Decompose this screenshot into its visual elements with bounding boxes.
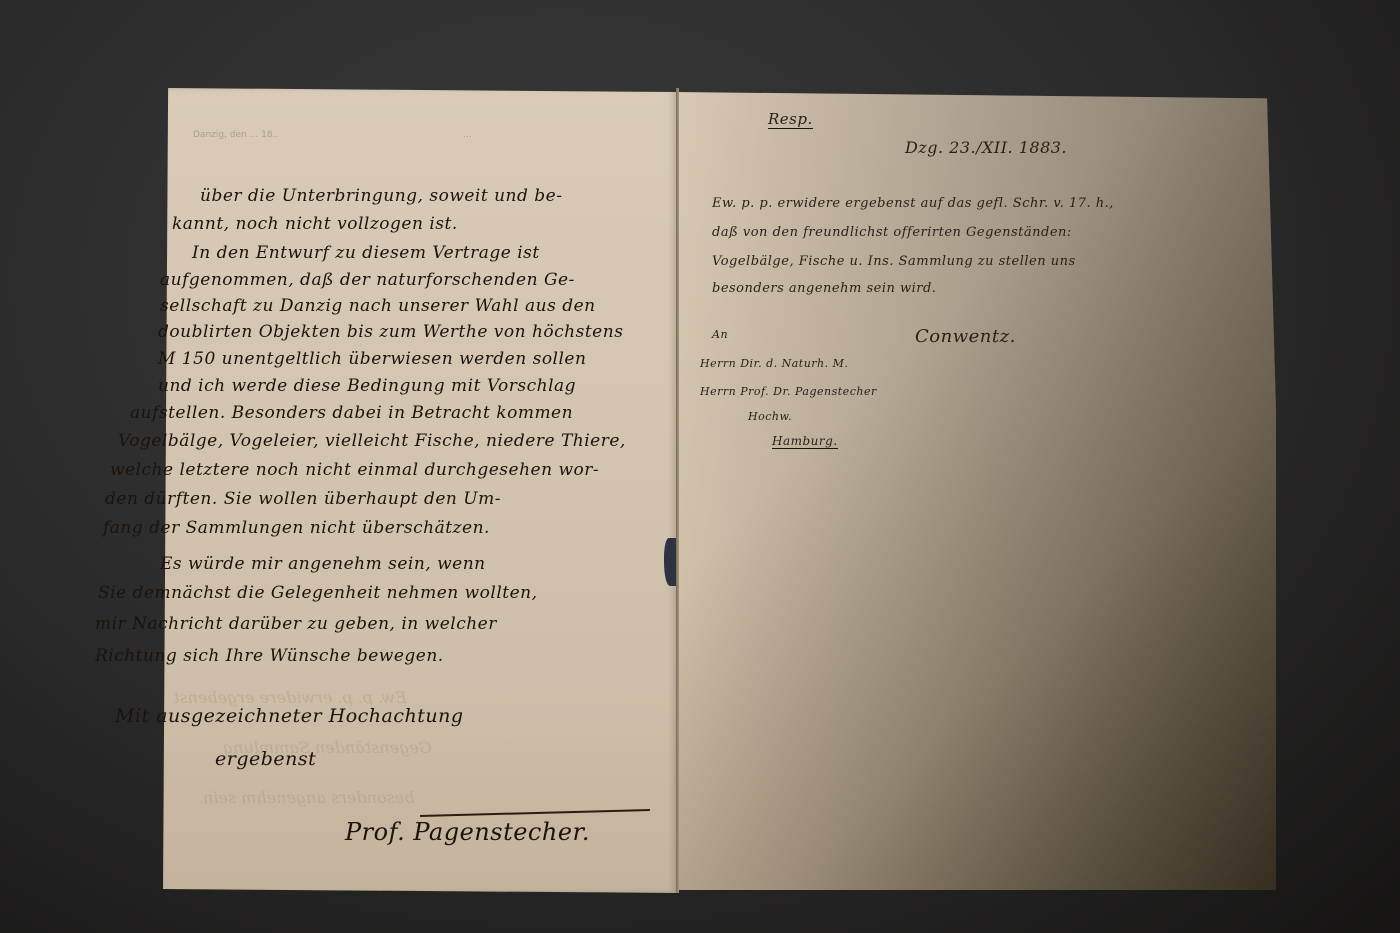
letter-line: kannt, noch nicht vollzogen ist. [172,214,458,234]
letterhead-ghost: ... [463,130,472,140]
center-fold [676,88,679,893]
letter-line: In den Entwurf zu diesem Vertrage ist [192,243,540,263]
letter-line: fang der Sammlungen nicht überschätzen. [103,518,490,538]
heading: Resp. [768,110,813,129]
letter-line: doublirten Objekten bis zum Werthe von h… [158,322,623,342]
letter-line: aufstellen. Besonders dabei in Betracht … [130,403,573,423]
address-line: Herrn Dir. d. Naturh. M. [700,357,848,370]
letter-line: über die Unterbringung, soweit und be- [200,186,562,206]
right-page [676,92,1276,890]
letter-line: Es würde mir angenehm sein, wenn [160,554,486,574]
body-line: Ew. p. p. erwidere ergebenst auf das gef… [712,196,1114,211]
letter-line: mir Nachricht darüber zu geben, in welch… [95,614,497,634]
body-line: besonders angenehm sein wird. [712,281,936,296]
signature: Prof. Pagenstecher. [345,818,590,846]
letterhead-ghost: Danzig, den ... 18.. [193,130,278,140]
closing-line: Mit ausgezeichneter Hochachtung [115,705,463,727]
letter-line: den dürften. Sie wollen überhaupt den Um… [105,489,501,509]
closing-line: ergebenst [215,748,316,770]
paper-tear [664,538,676,586]
letter-line: M 150 unentgeltlich überwiesen werden so… [158,349,586,369]
body-line: Vogelbälge, Fische u. Ins. Sammlung zu s… [712,254,1076,269]
address-line: Hamburg. [772,434,838,449]
address-line: Herrn Prof. Dr. Pagenstecher [700,385,877,398]
address-line: An [712,328,728,341]
ink-bleed-through: besonders angenehm sein [203,788,415,807]
letter-line: sellschaft zu Danzig nach unserer Wahl a… [160,296,596,316]
letter-line: aufgenommen, daß der naturforschenden Ge… [160,270,575,290]
letter-line: welche letztere noch nicht einmal durchg… [110,460,599,480]
letter-line: Richtung sich Ihre Wünsche bewegen. [95,646,444,666]
letter-line: Vogelbälge, Vogeleier, vielleicht Fische… [118,431,626,451]
letter-line: Sie demnächst die Gelegenheit nehmen wol… [98,583,538,603]
date: Dzg. 23./XII. 1883. [905,138,1067,157]
address-line: Hochw. [748,410,792,423]
letter-line: und ich werde diese Bedingung mit Vorsch… [158,376,576,396]
signature: Conwentz. [915,326,1016,347]
body-line: daß von den freundlichst offerirten Gege… [712,225,1072,240]
